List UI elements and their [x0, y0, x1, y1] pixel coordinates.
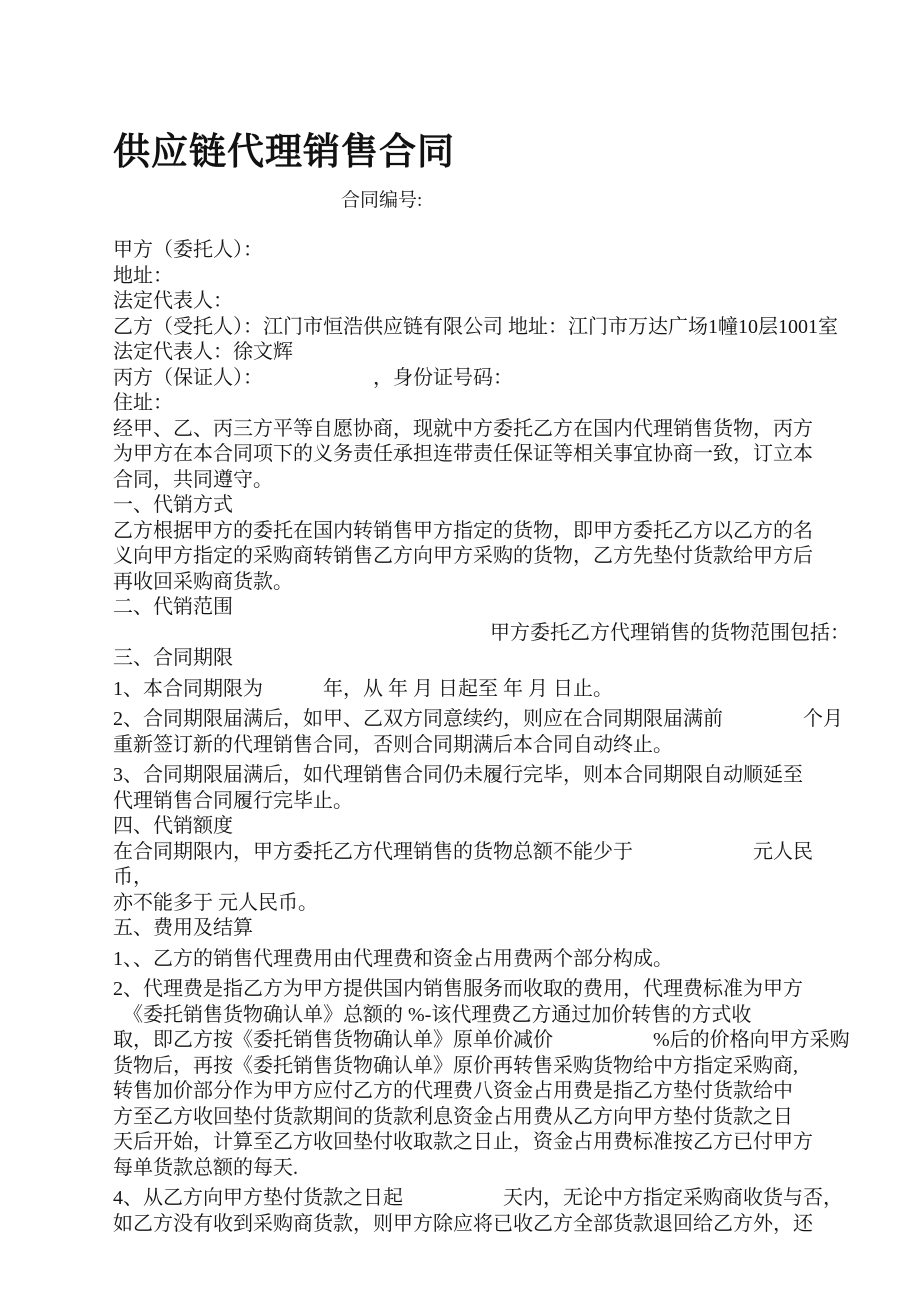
contract-line: 乙方（受托人）：江门市恒浩供应链有限公司 地址：江门市万达广场1幢10层1001… — [113, 315, 850, 341]
contract-line: 在合同期限内，甲方委托乙方代理销售的货物总额不能少于 元人民币， — [113, 840, 850, 891]
contract-line: 甲方委托乙方代理销售的货物范围包括： — [113, 621, 850, 647]
contract-line: 转售加价部分作为甲方应付乙方的代理费八资金占用费是指乙方垫付货款给中 — [113, 1079, 850, 1105]
contract-line: 五、费用及结算 — [113, 916, 850, 942]
contract-line: 代理销售合同履行完毕止。 — [113, 789, 850, 815]
document-title: 供应链代理销售合同 — [113, 130, 850, 176]
contract-line: 货物后，再按《委托销售货物确认单》原价再转售采购货物给中方指定采购商, — [113, 1054, 850, 1080]
contract-line: 住址： — [113, 391, 850, 417]
contract-line: 法定代表人： — [113, 289, 850, 315]
contract-line: 1、本合同期限为 年，从 年 月 日起至 年 月 日止。 — [113, 677, 850, 703]
contract-line: 地址： — [113, 264, 850, 290]
contract-line: 《委托销售货物确认单》总额的 %-该代理费乙方通过加价转售的方式收 — [113, 1003, 850, 1029]
contract-line: 三、合同期限 — [113, 646, 850, 672]
contract-line: 再收回采购商货款。 — [113, 570, 850, 596]
contract-line: 一、代销方式 — [113, 493, 850, 519]
contract-line: 法定代表人：徐文辉 — [113, 340, 850, 366]
contract-line: 1、、乙方的销售代理费用由代理费和资金占用费两个部分构成。 — [113, 947, 850, 973]
contract-number-line: 合同编号: — [341, 188, 850, 214]
contract-line: 为甲方在本合同项下的义务责任承担连带责任保证等相关事宜协商一致，订立本 — [113, 442, 850, 468]
contract-line: 取，即乙方按《委托销售货物确认单》原单价减价 %后的价格向甲方采购 — [113, 1028, 850, 1054]
document-body: 甲方（委托人）：地址：法定代表人：乙方（受托人）：江门市恒浩供应链有限公司 地址… — [113, 238, 850, 1237]
contract-line: 经甲、乙、丙三方平等自愿协商，现就中方委托乙方在国内代理销售货物，丙方 — [113, 417, 850, 443]
contract-line: 甲方（委托人）： — [113, 238, 850, 264]
contract-line: 亦不能多于 元人民币。 — [113, 891, 850, 917]
contract-line: 义向甲方指定的采购商转销售乙方向甲方采购的货物，乙方先垫付货款给甲方后 — [113, 544, 850, 570]
contract-line: 3、合同期限届满后，如代理销售合同仍未履行完毕，则本合同期限自动顺延至 — [113, 763, 850, 789]
contract-line: 丙方（保证人）： ，身份证号码： — [113, 366, 850, 392]
contract-line: 每单货款总额的每天. — [113, 1156, 850, 1182]
contract-line: 方至乙方收回垫付货款期间的货款利息资金占用费从乙方向甲方垫付货款之日 — [113, 1105, 850, 1131]
contract-line: 乙方根据甲方的委托在国内转销售甲方指定的货物，即甲方委托乙方以乙方的名 — [113, 519, 850, 545]
contract-line: 天后开始，计算至乙方收回垫付收取款之日止，资金占用费标准按乙方已付甲方 — [113, 1130, 850, 1156]
contract-line: 如乙方没有收到采购商货款，则甲方除应将已收乙方全部货款退回给乙方外，还 — [113, 1212, 850, 1238]
contract-line: 4、从乙方向甲方垫付货款之日起 天内，无论中方指定采购商收货与否， — [113, 1186, 850, 1212]
contract-line: 2、合同期限届满后，如甲、乙双方同意续约，则应在合同期限届满前 个月 — [113, 707, 850, 733]
contract-line: 重新签订新的代理销售合同，否则合同期满后本合同自动终止。 — [113, 733, 850, 759]
contract-line: 2、代理费是指乙方为甲方提供国内销售服务而收取的费用，代理费标准为甲方 — [113, 977, 850, 1003]
document-page: 供应链代理销售合同 合同编号: 甲方（委托人）：地址：法定代表人：乙方（受托人）… — [0, 0, 920, 1301]
contract-line: 四、代销额度 — [113, 814, 850, 840]
contract-line: 二、代销范围 — [113, 595, 850, 621]
contract-line: 合同，共同遵守。 — [113, 468, 850, 494]
